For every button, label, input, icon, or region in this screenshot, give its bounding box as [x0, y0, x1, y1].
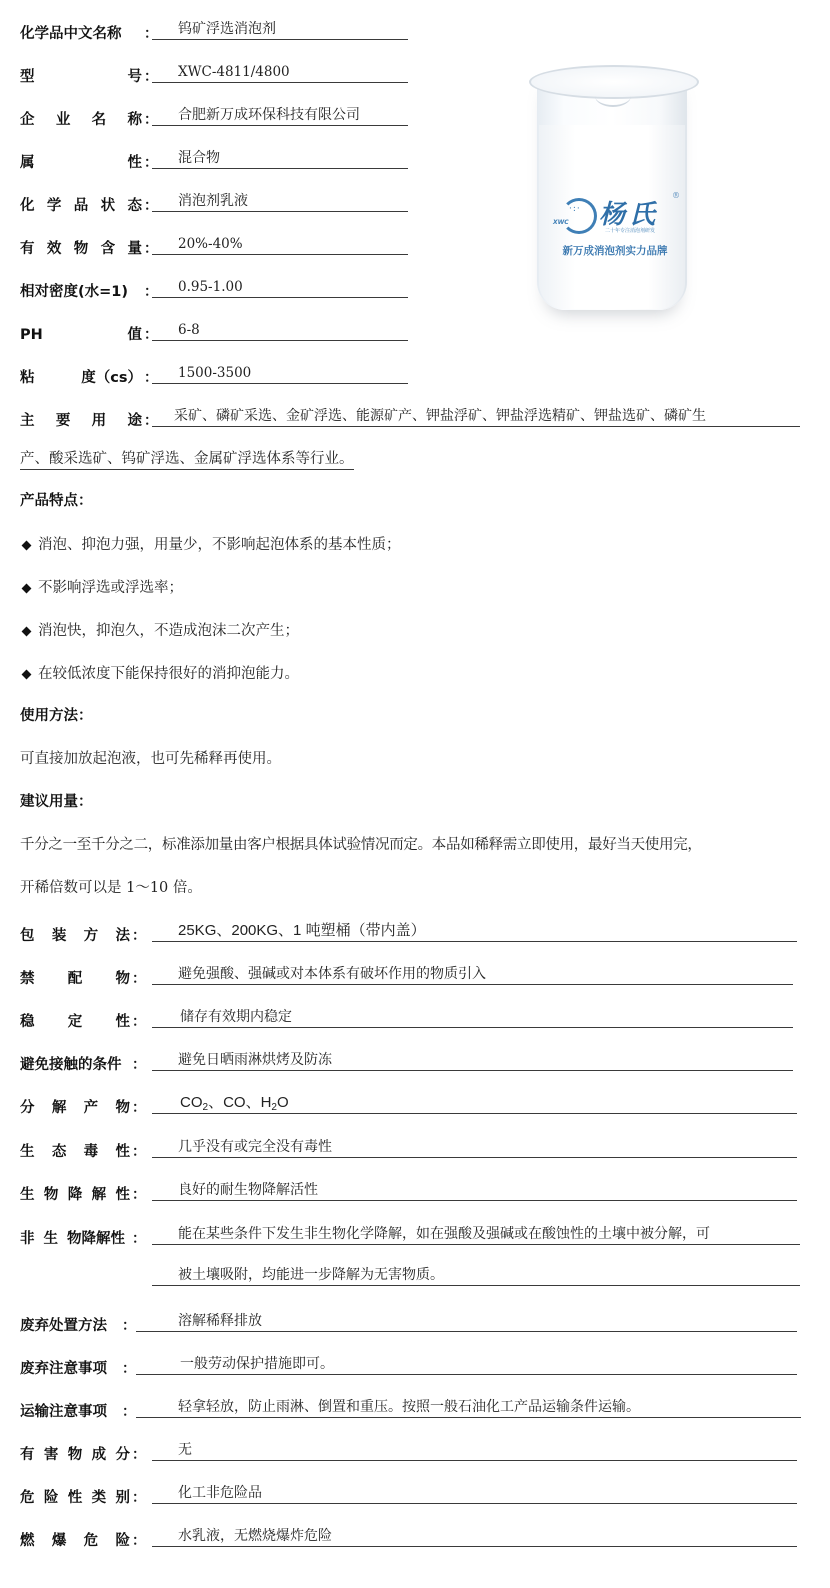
main-use-continuation: 产、酸采选矿、钨矿浮选、金属矿浮选体系等行业。	[20, 449, 354, 470]
field-chemical-name: 化学品中文名称 ： 钨矿浮选消泡剂	[20, 16, 158, 44]
field-label: 化学品状态	[20, 196, 142, 216]
feature-item: 在较低浓度下能保持很好的消抑泡能力。	[20, 664, 299, 684]
field-label: 粘度（cs）	[20, 368, 142, 388]
features-heading: 产品特点：	[20, 491, 93, 511]
field-value: 储存有效期内稳定	[152, 1007, 793, 1028]
field-conditions-to-avoid: 避免接触的条件 ： 避免日晒雨淋烘烤及防冻	[20, 1047, 146, 1075]
field-label: 危险性类别	[20, 1488, 130, 1508]
dosage-text-line2: 开稀倍数可以是 1～10 倍。	[20, 878, 202, 898]
field-packaging: 包装方法 ： 25KG、200KG、1 吨塑桶（带内盖）	[20, 918, 146, 946]
field-hazardous-components: 有害物成分 ： 无	[20, 1437, 146, 1465]
field-label: PH值	[20, 325, 142, 345]
brand-name: 杨氏	[599, 194, 659, 231]
field-value: 0.95-1.00	[152, 277, 408, 298]
field-label: 非生物降解性	[20, 1229, 130, 1249]
field-value: 无	[152, 1440, 797, 1461]
field-disposal-precautions: 废弃注意事项 ： 一般劳动保护措施即可。	[20, 1351, 136, 1379]
field-stability: 稳定性 ： 储存有效期内稳定	[20, 1004, 146, 1032]
field-density: 相对密度(水=1) ： 0.95-1.00	[20, 274, 158, 302]
brand-abbr: XWC	[553, 219, 569, 226]
field-label: 稳定性	[20, 1012, 130, 1032]
field-label: 主要用途	[20, 411, 142, 431]
field-label: 禁配物	[20, 969, 130, 989]
field-value: 25KG、200KG、1 吨塑桶（带内盖）	[152, 921, 797, 942]
field-label: 燃爆危险	[20, 1531, 130, 1551]
field-incompatible: 禁配物 ： 避免强酸、强碱或对本体系有破坏作用的物质引入	[20, 961, 146, 989]
field-value: 合肥新万成环保科技有限公司	[152, 105, 408, 126]
field-state: 化学品状态 ： 消泡剂乳液	[20, 188, 158, 216]
field-value: 几乎没有或完全没有毒性	[152, 1137, 797, 1158]
field-disposal-method: 废弃处置方法 ： 溶解稀释排放	[20, 1308, 136, 1336]
logo-dots: ·:·	[569, 205, 581, 213]
field-value: 溶解稀释排放	[136, 1311, 797, 1332]
field-label: 相对密度(水=1)	[20, 282, 142, 302]
field-label: 废弃处置方法	[20, 1316, 120, 1336]
feature-item: 消泡、抑泡力强，用量少，不影响起泡体系的基本性质；	[20, 535, 401, 555]
field-ecotoxicity: 生态毒性 ： 几乎没有或完全没有毒性	[20, 1134, 146, 1162]
usage-heading: 使用方法：	[20, 706, 93, 726]
registered-mark-icon: ®	[672, 191, 680, 200]
field-value: 化工非危险品	[152, 1483, 797, 1504]
diamond-bullet-icon	[22, 540, 32, 550]
field-value: 采矿、磷矿采选、金矿浮选、能源矿产、钾盐浮矿、钾盐浮选精矿、钾盐选矿、磷矿生	[152, 406, 800, 427]
field-attribute: 属性 ： 混合物	[20, 145, 158, 173]
field-company: 企业名称 ： 合肥新万成环保科技有限公司	[20, 102, 158, 130]
field-model: 型号 ： XWC-4811/4800	[20, 59, 158, 87]
field-main-use: 主要用途 ： 采矿、磷矿采选、金矿浮选、能源矿产、钾盐浮矿、钾盐浮选精矿、钾盐选…	[20, 403, 158, 431]
field-value: 避免强酸、强碱或对本体系有破坏作用的物质引入	[152, 964, 793, 985]
field-label: 生态毒性	[20, 1142, 130, 1162]
field-fire-explosion-hazard: 燃爆危险 ： 水乳液，无燃烧爆炸危险	[20, 1523, 146, 1551]
field-value: 水乳液，无燃烧爆炸危险	[152, 1526, 797, 1547]
field-value: XWC-4811/4800	[152, 62, 408, 83]
field-decomposition-products: 分解产物 ： CO2、CO、H2O	[20, 1090, 146, 1118]
field-label: 化学品中文名称	[20, 24, 142, 44]
field-value: 良好的耐生物降解活性	[152, 1180, 797, 1201]
field-value: 20%-40%	[152, 234, 408, 255]
dosage-text-line1: 千分之一至千分之二，标准添加量由客户根据具体试验情况而定。本品如稀释需立即使用，…	[20, 835, 702, 855]
field-value: 混合物	[152, 148, 408, 169]
field-viscosity: 粘度（cs） ： 1500-3500	[20, 360, 158, 388]
field-transport-precautions: 运输注意事项 ： 轻拿轻放，防止雨淋、倒置和重压。按照一般石油化工产品运输条件运…	[20, 1394, 136, 1422]
field-label: 分解产物	[20, 1098, 130, 1118]
field-label: 避免接触的条件	[20, 1055, 130, 1075]
usage-text: 可直接加放起泡液，也可先稀释再使用。	[20, 749, 281, 769]
field-label: 废弃注意事项	[20, 1359, 120, 1379]
product-image: ·:· XWC 杨氏 ® 二十年专注消泡剂研发 新万成消泡剂实力品牌	[525, 55, 700, 335]
field-hazard-category: 危险性类别 ： 化工非危险品	[20, 1480, 146, 1508]
field-value: 消泡剂乳液	[152, 191, 408, 212]
field-label: 包装方法	[20, 926, 130, 946]
brand-slogan: 新万成消泡剂实力品牌	[545, 243, 685, 258]
field-active-content: 有效物含量 ： 20%-40%	[20, 231, 158, 259]
field-label: 型号	[20, 67, 142, 87]
field-label: 运输注意事项	[20, 1402, 120, 1422]
diamond-bullet-icon	[22, 626, 32, 636]
field-label: 生物降解性	[20, 1185, 130, 1205]
field-ph: PH值 ： 6-8	[20, 317, 158, 345]
dosage-heading: 建议用量：	[20, 792, 93, 812]
field-value: 一般劳动保护措施即可。	[136, 1354, 797, 1375]
field-value: 轻拿轻放，防止雨淋、倒置和重压。按照一般石油化工产品运输条件运输。	[136, 1397, 801, 1418]
field-value: 1500-3500	[152, 363, 408, 384]
feature-item: 不影响浮选或浮选率；	[20, 578, 183, 598]
diamond-bullet-icon	[22, 583, 32, 593]
field-label: 有害物成分	[20, 1445, 130, 1465]
field-value: 6-8	[152, 320, 408, 341]
field-abiotic-degradability: 非生物降解性 ： 能在某些条件下发生非生物化学降解，如在强酸及强碱或在酸蚀性的土…	[20, 1221, 146, 1249]
brand-tagline: 二十年专注消泡剂研发	[605, 227, 655, 234]
field-label: 属性	[20, 153, 142, 173]
field-value: CO2、CO、H2O	[152, 1093, 797, 1114]
diamond-bullet-icon	[22, 669, 32, 679]
beaker-spout	[595, 85, 631, 107]
field-value: 避免日晒雨淋烘烤及防冻	[152, 1050, 793, 1071]
field-value: 钨矿浮选消泡剂	[152, 19, 408, 40]
field-biodegradability: 生物降解性 ： 良好的耐生物降解活性	[20, 1177, 146, 1205]
field-label: 企业名称	[20, 110, 142, 130]
feature-item: 消泡快，抑泡久，不造成泡沫二次产生；	[20, 621, 299, 641]
field-value: 能在某些条件下发生非生物化学降解，如在强酸及强碱或在酸蚀性的土壤中被分解，可	[152, 1224, 800, 1245]
field-label: 有效物含量	[20, 239, 142, 259]
field-value-continuation: 被土壤吸附，均能进一步降解为无害物质。	[152, 1265, 800, 1286]
